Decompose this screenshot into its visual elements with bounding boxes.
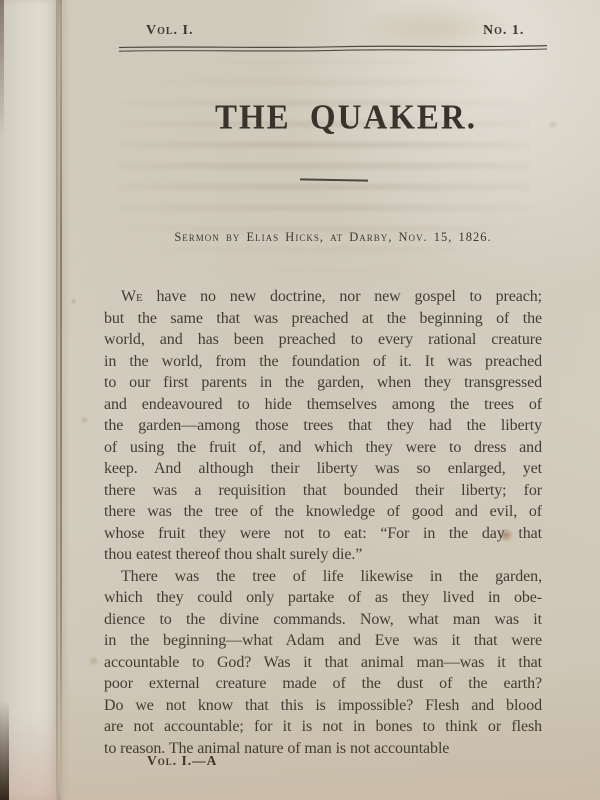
text-line: and endeavoured to hide themselves among… xyxy=(104,394,542,416)
signature-mark: Vol. I.—A xyxy=(147,753,217,769)
text-line: dience to the divine commands. Now, what… xyxy=(104,609,542,631)
page-gutter-crease xyxy=(60,0,62,780)
text-line: There was the tree of life likewise in t… xyxy=(104,566,542,588)
text-line: world, and has been preached to every ra… xyxy=(104,329,542,351)
volume-label: Vol. I. xyxy=(146,23,194,39)
text-line: but the same that was preached at the be… xyxy=(104,308,542,330)
text-line: We have no new doctrine, nor new gospel … xyxy=(104,286,542,308)
photo-dark-edge xyxy=(0,0,4,140)
text-line: Do we not know that this is impossible? … xyxy=(104,695,542,717)
text-line: in the world, from the foundation of it.… xyxy=(104,351,542,373)
text-line: to our first parents in the garden, when… xyxy=(104,372,542,394)
text-line: which they could only partake of as they… xyxy=(104,587,542,609)
text-line: in the beginning—what Adam and Eve was i… xyxy=(104,630,542,652)
text-line: are not accountable; for it is not in bo… xyxy=(104,716,542,738)
body-text: We have no new doctrine, nor new gospel … xyxy=(104,286,542,759)
smallcaps-lead: We xyxy=(121,288,143,305)
sermon-subtitle: Sermon by Elias Hicks, at Darby, Nov. 15… xyxy=(104,230,562,245)
text-line: there was a requisition that bounded the… xyxy=(104,480,542,502)
text-line: whose fruit they were not to eat: “For i… xyxy=(104,523,542,545)
facing-page-edge xyxy=(0,0,58,800)
page-title: THE QUAKER. xyxy=(116,99,576,138)
text-line: there was the tree of the knowledge of g… xyxy=(104,501,542,523)
photo-dark-edge xyxy=(0,700,9,800)
corner-discoloration xyxy=(6,710,58,800)
issue-label: No. 1. xyxy=(483,23,524,39)
book-photo: Vol. I. No. 1. THE QUAKER. Sermon by Eli… xyxy=(0,0,600,800)
text-line: keep. And although their liberty was so … xyxy=(104,458,542,480)
double-rule xyxy=(119,43,547,55)
text-line: poor external creature made of the dust … xyxy=(104,673,542,695)
text-line: accountable to God? Was it that animal m… xyxy=(104,652,542,674)
text-line: of using the fruit of, and which they we… xyxy=(104,437,542,459)
text-line: thou eatest thereof thou shalt surely di… xyxy=(104,544,542,566)
text-line: the garden—among those trees that they h… xyxy=(104,415,542,437)
